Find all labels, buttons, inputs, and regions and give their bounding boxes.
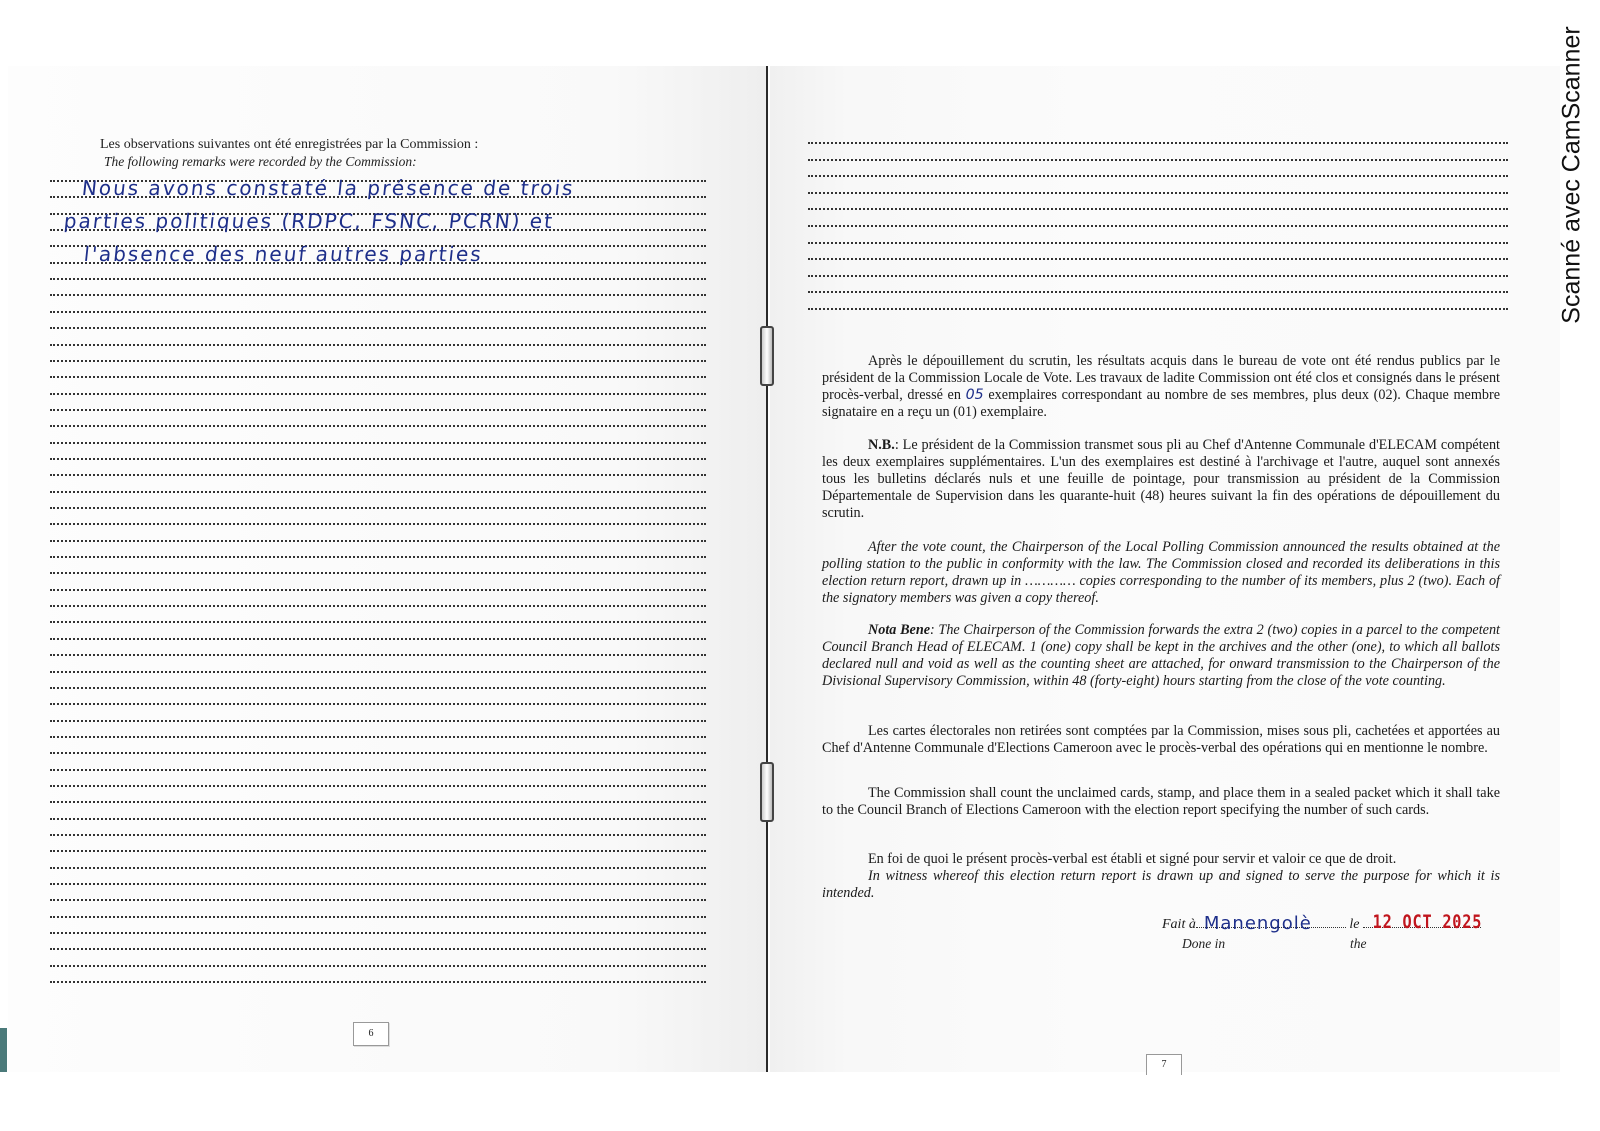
writing-line[interactable] (50, 981, 706, 983)
writing-line[interactable] (50, 360, 706, 362)
writing-line[interactable] (50, 409, 706, 411)
copies-count-handwritten: 05 (966, 387, 984, 403)
writing-line[interactable] (50, 572, 706, 574)
writing-line[interactable] (50, 850, 706, 852)
writing-line[interactable] (808, 275, 1508, 277)
writing-line[interactable] (50, 294, 706, 296)
writing-line[interactable] (50, 638, 706, 640)
writing-line[interactable] (808, 208, 1508, 210)
place-handwritten: Manengolè (1204, 913, 1312, 934)
paragraph-cards-fr: Les cartes électorales non retirées sont… (822, 723, 1500, 757)
writing-line[interactable] (808, 192, 1508, 194)
writing-line[interactable] (50, 523, 706, 525)
writing-line[interactable] (50, 687, 706, 689)
date-stamp: 12 OCT 2025 (1373, 911, 1482, 933)
writing-line[interactable] (808, 291, 1508, 293)
writing-line[interactable] (50, 671, 706, 673)
writing-line[interactable] (808, 258, 1508, 260)
writing-line[interactable] (50, 621, 706, 623)
writing-line[interactable] (50, 425, 706, 427)
the-label: the (1350, 936, 1367, 952)
writing-line[interactable] (50, 818, 706, 820)
page-number-left: 6 (353, 1022, 389, 1046)
writing-line[interactable] (50, 932, 706, 934)
staple-bottom (760, 762, 774, 822)
paragraph-cards-en: The Commission shall count the unclaimed… (822, 785, 1500, 819)
writing-line[interactable] (50, 458, 706, 460)
writing-line[interactable] (50, 916, 706, 918)
book-spine (766, 66, 768, 1072)
writing-line[interactable] (808, 308, 1508, 310)
writing-line[interactable] (808, 242, 1508, 244)
writing-line[interactable] (50, 311, 706, 313)
handwritten-remark-line-2: parties politiques (RDPC, FSNC, PCRN) et (63, 209, 556, 233)
writing-line[interactable] (50, 965, 706, 967)
place-field[interactable]: Manengolè (1196, 927, 1346, 928)
writing-line[interactable] (50, 769, 706, 771)
writing-line[interactable] (50, 442, 706, 444)
writing-line[interactable] (50, 507, 706, 509)
writing-line[interactable] (50, 589, 706, 591)
writing-line[interactable] (808, 142, 1508, 144)
handwritten-remark-line-3: l'absence des neuf autres parties (83, 242, 484, 266)
writing-line[interactable] (50, 785, 706, 787)
writing-line[interactable] (50, 720, 706, 722)
staple-top (760, 326, 774, 386)
writing-line[interactable] (50, 736, 706, 738)
paragraph-nota-bene-en: Nota Bene: The Chairperson of the Commis… (822, 622, 1500, 690)
paragraph-results-fr: Après le dépouillement du scrutin, les r… (822, 353, 1500, 421)
writing-line[interactable] (50, 278, 706, 280)
writing-line[interactable] (50, 393, 706, 395)
writing-line[interactable] (50, 703, 706, 705)
writing-line[interactable] (50, 327, 706, 329)
writing-line[interactable] (50, 867, 706, 869)
scan-edge-mark (0, 1028, 7, 1072)
signature-place-date-line: Fait àManengolè le 12 OCT 2025 (1162, 917, 1481, 933)
extra-remarks-lines[interactable] (808, 142, 1508, 332)
paragraph-nb-fr: N.B.: Le président de la Commission tran… (822, 437, 1500, 522)
writing-line[interactable] (50, 654, 706, 656)
writing-line[interactable] (808, 175, 1508, 177)
writing-line[interactable] (50, 474, 706, 476)
writing-line[interactable] (50, 376, 706, 378)
writing-line[interactable] (50, 883, 706, 885)
writing-line[interactable] (50, 801, 706, 803)
writing-line[interactable] (50, 491, 706, 493)
paragraph-witness: En foi de quoi le présent procès-verbal … (822, 851, 1500, 902)
writing-line[interactable] (50, 752, 706, 754)
handwritten-remark-line-1: Nous avons constaté la présence de trois (81, 176, 576, 200)
writing-line[interactable] (50, 605, 706, 607)
writing-line[interactable] (50, 948, 706, 950)
paragraph-results-en: After the vote count, the Chairperson of… (822, 539, 1500, 607)
page-number-right: 7 (1146, 1054, 1182, 1075)
camscanner-watermark: Scanné avec CamScanner (1552, 30, 1592, 320)
done-in-label: Done in (1182, 936, 1225, 952)
writing-line[interactable] (808, 225, 1508, 227)
writing-line[interactable] (50, 899, 706, 901)
writing-line[interactable] (50, 834, 706, 836)
writing-line[interactable] (50, 344, 706, 346)
remarks-heading-fr: Les observations suivantes ont été enreg… (100, 137, 478, 153)
remarks-heading-en: The following remarks were recorded by t… (104, 154, 417, 170)
writing-line[interactable] (50, 540, 706, 542)
date-field[interactable]: 12 OCT 2025 (1363, 927, 1481, 928)
remarks-lines[interactable] (50, 180, 706, 1010)
writing-line[interactable] (808, 159, 1508, 161)
writing-line[interactable] (50, 556, 706, 558)
